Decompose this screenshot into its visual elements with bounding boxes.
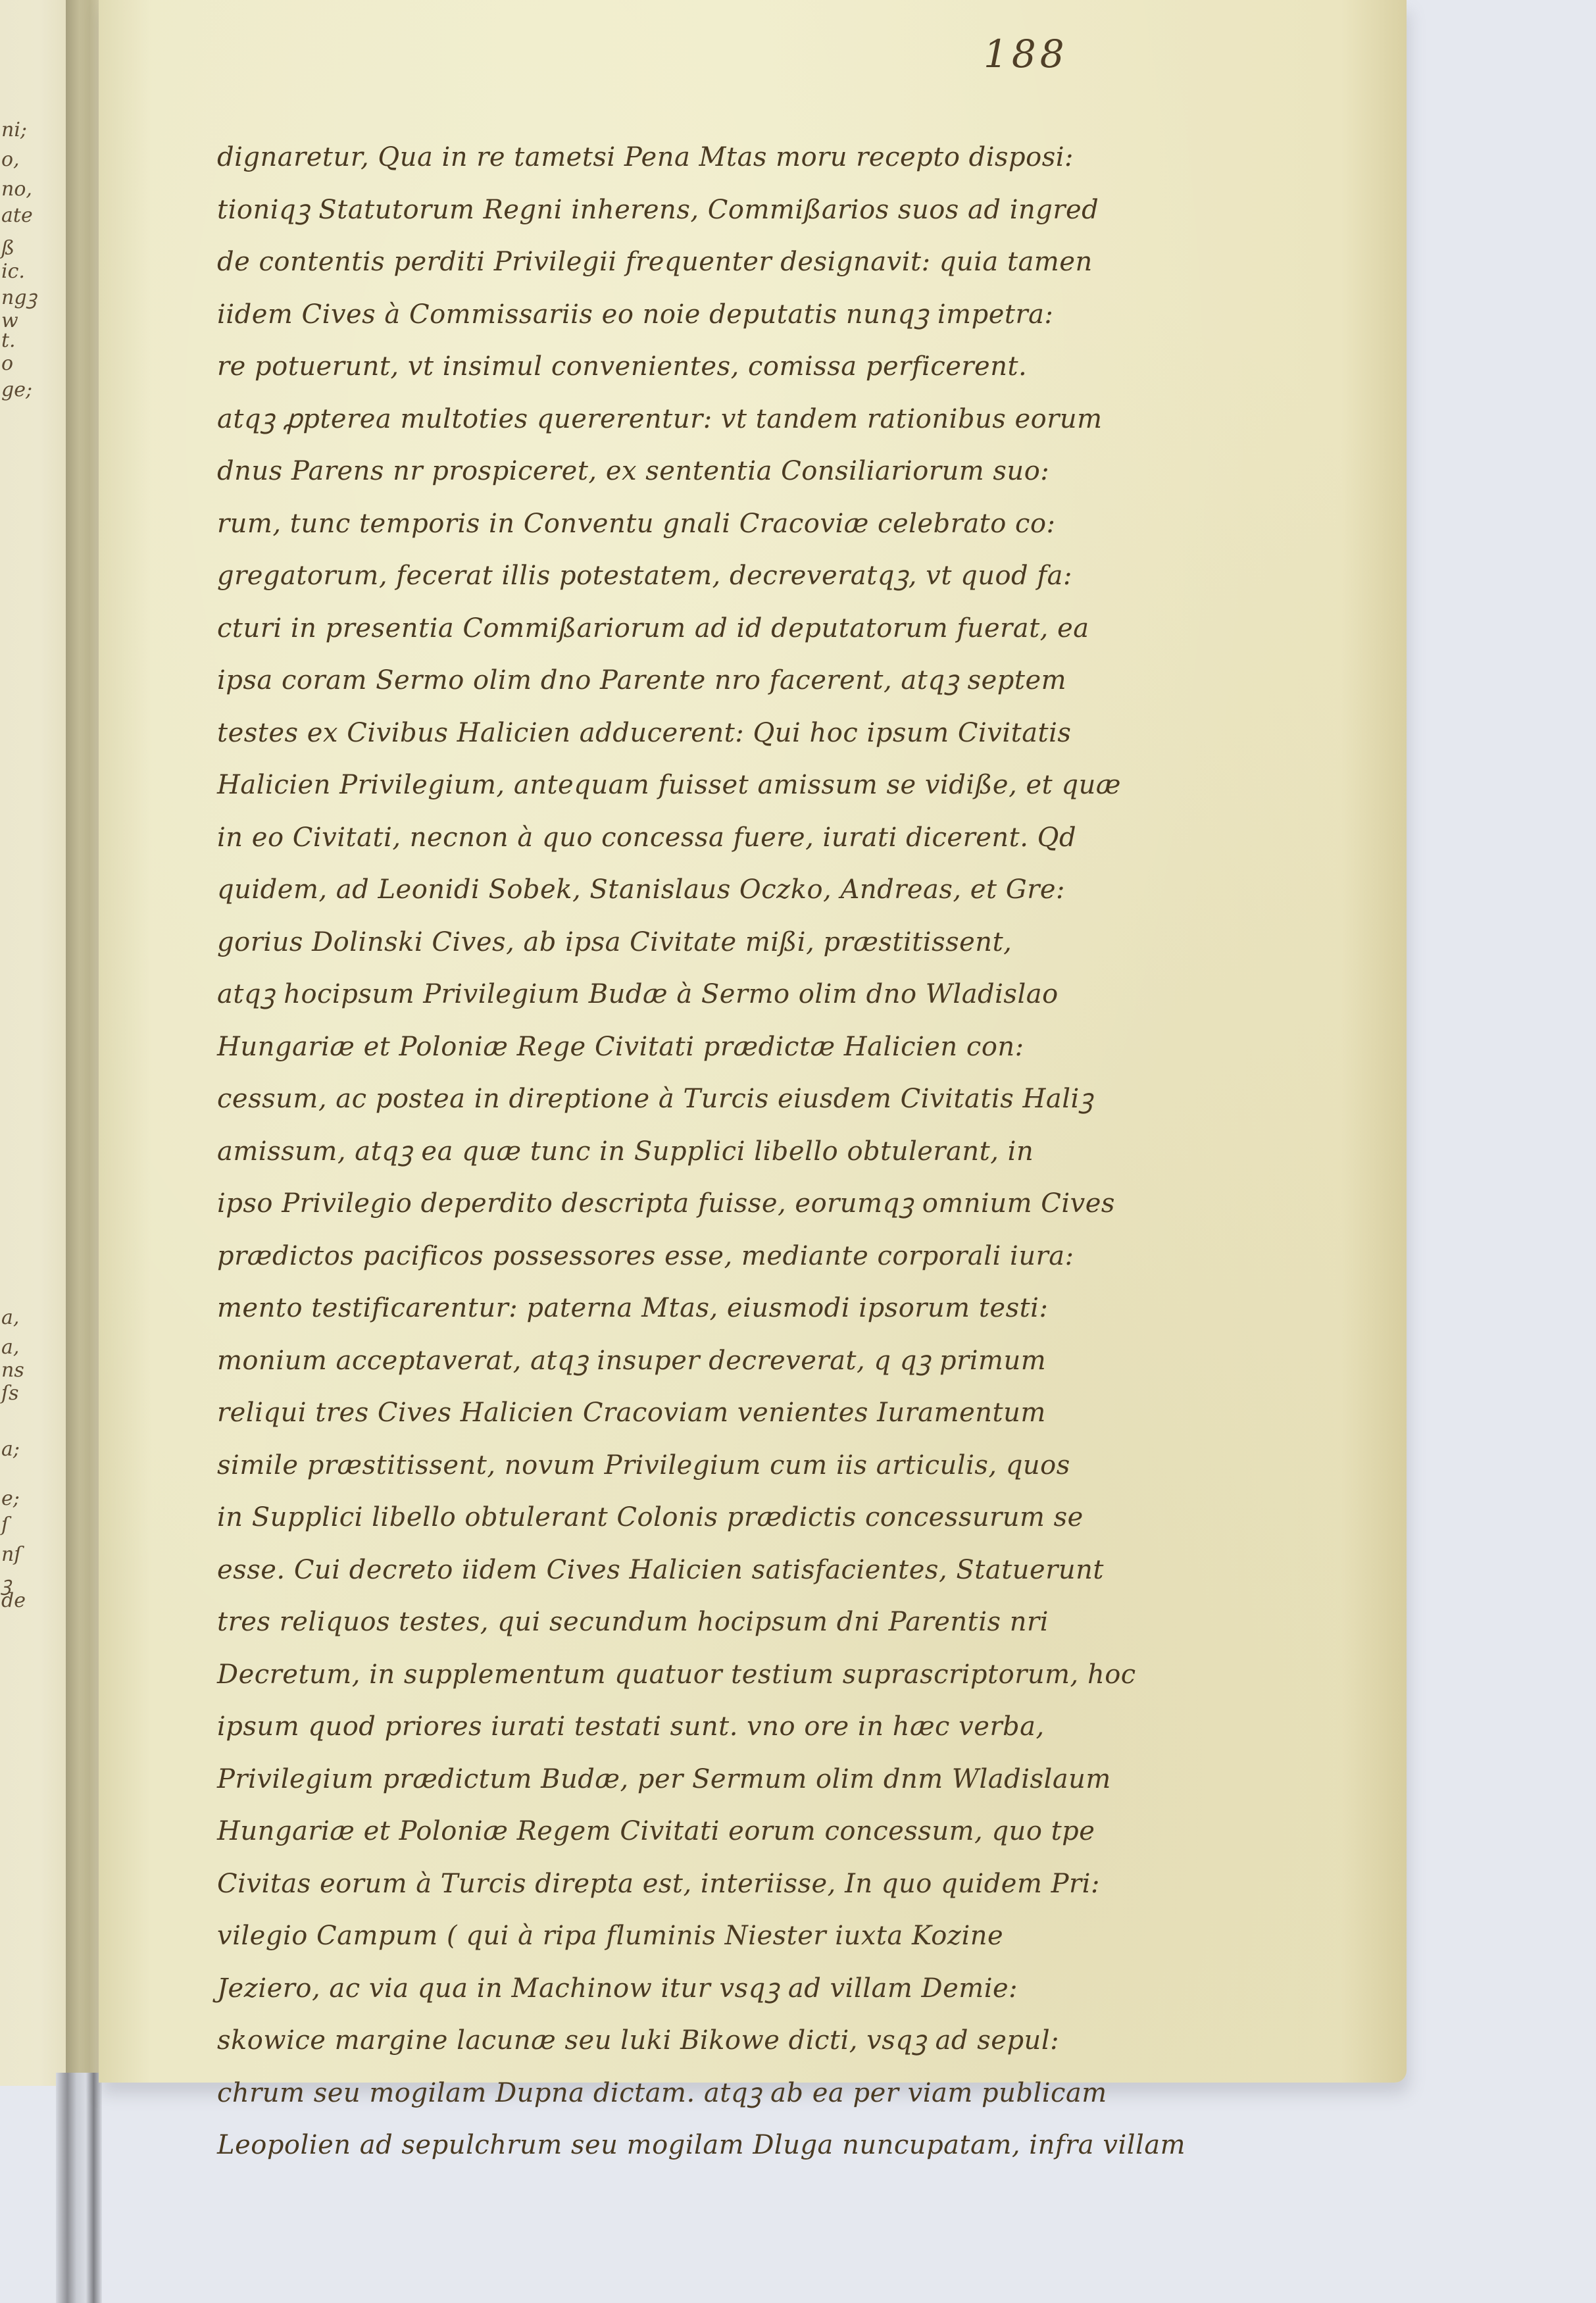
text-line: vilegio Campum ( qui à ripa fluminis Nie… xyxy=(217,1910,1210,1963)
text-line: de contentis perditi Privilegii frequent… xyxy=(217,236,1210,289)
text-line: rum, tunc temporis in Conventu gnali Cra… xyxy=(217,498,1210,551)
text-line: dnus Parens nr prospiceret, ex sententia… xyxy=(217,445,1210,498)
facing-page-fragment: ß xyxy=(1,237,14,260)
text-line: prædictos pacificos possessores esse, me… xyxy=(217,1230,1210,1283)
facing-page-fragment: o xyxy=(1,352,13,375)
text-line: in Supplici libello obtulerant Colonis p… xyxy=(217,1492,1210,1544)
facing-page-fragment: no, xyxy=(1,178,32,201)
text-line: Halicien Privilegium, antequam fuisset a… xyxy=(217,759,1210,812)
facing-page-fragment: ſ xyxy=(1,1513,9,1536)
text-line: tioniqꝫ Statutorum Regni inherens, Commi… xyxy=(217,184,1210,237)
text-line: dignaretur, Qua in re tametsi Pena Mtas … xyxy=(217,132,1210,184)
facing-page-fragment: ge; xyxy=(1,378,32,401)
text-line: mento testificarentur: paterna Mtas, eiu… xyxy=(217,1282,1210,1335)
facing-page-fragment: nſ xyxy=(1,1543,21,1566)
text-line: Jeziero, ac via qua in Machinow itur vsq… xyxy=(217,1963,1210,2015)
binding-spine-lower xyxy=(56,2073,102,2303)
text-line: cessum, ac postea in direptione à Turcis… xyxy=(217,1073,1210,1126)
text-line: esse. Cui decreto iidem Cives Halicien s… xyxy=(217,1544,1210,1597)
text-line: simile præstitissent, novum Privilegium … xyxy=(217,1440,1210,1492)
facing-page-fragment: ic. xyxy=(1,260,25,283)
text-line: monium acceptaverat, atqꝫ insuper decrev… xyxy=(217,1335,1210,1388)
facing-page-fragment: a, xyxy=(1,1306,19,1329)
text-line: re potuerunt, vt insimul convenientes, c… xyxy=(217,341,1210,393)
text-line: Leopolien ad sepulchrum seu mogilam Dlug… xyxy=(217,2119,1210,2172)
manuscript-page-recto: 188 dignaretur, Qua in re tametsi Pena M… xyxy=(99,0,1407,2083)
text-line: gorius Dolinski Cives, ab ipsa Civitate … xyxy=(217,917,1210,969)
text-line: ipsa coram Sermo olim dno Parente nro fa… xyxy=(217,655,1210,707)
facing-page-fragment: de xyxy=(1,1589,26,1612)
text-line: reliqui tres Cives Halicien Cracoviam ve… xyxy=(217,1387,1210,1440)
facing-page-fragment: ngꝫ xyxy=(1,283,37,310)
text-line: in eo Civitati, necnon à quo concessa fu… xyxy=(217,812,1210,865)
manuscript-text-block: dignaretur, Qua in re tametsi Pena Mtas … xyxy=(217,132,1210,2172)
facing-page-fragment: ſs xyxy=(1,1382,19,1405)
facing-page-verso: ni;o,no,ateßic.ngꝫwt.oge;a,a,nsſsa;e;ſnſ… xyxy=(0,0,66,2086)
text-line: ipsum quod priores iurati testati sunt. … xyxy=(217,1701,1210,1754)
facing-page-fragment: ni; xyxy=(1,118,27,141)
text-line: tres reliquos testes, qui secundum hocip… xyxy=(217,1596,1210,1649)
facing-page-fragment: ate xyxy=(1,204,33,227)
manuscript-scan: ni;o,no,ateßic.ngꝫwt.oge;a,a,nsſsa;e;ſnſ… xyxy=(0,0,1596,2303)
text-line: Hungariæ et Poloniæ Rege Civitati prædic… xyxy=(217,1021,1210,1074)
facing-page-text-fragments: ni;o,no,ateßic.ngꝫwt.oge;a,a,nsſsa;e;ſnſ… xyxy=(0,0,66,2086)
text-line: atqꝫ ꝓpterea multoties quererentur: vt t… xyxy=(217,393,1210,446)
text-line: Civitas eorum à Turcis direpta est, inte… xyxy=(217,1858,1210,1911)
text-line: Privilegium prædictum Budæ, per Sermum o… xyxy=(217,1754,1210,1806)
text-line: iidem Cives à Commissariis eo noie deput… xyxy=(217,289,1210,342)
text-line: chrum seu mogilam Dupna dictam. atqꝫ ab … xyxy=(217,2067,1210,2120)
text-line: skowice margine lacunæ seu luki Bikowe d… xyxy=(217,2015,1210,2067)
text-line: gregatorum, fecerat illis potestatem, de… xyxy=(217,550,1210,603)
text-line: quidem, ad Leonidi Sobek, Stanislaus Ocz… xyxy=(217,864,1210,917)
binding-gutter xyxy=(66,0,100,2079)
text-line: testes ex Civibus Halicien adducerent: Q… xyxy=(217,707,1210,760)
text-line: amissum, atqꝫ ea quæ tunc in Supplici li… xyxy=(217,1126,1210,1178)
text-line: atqꝫ hocipsum Privilegium Budæ à Sermo o… xyxy=(217,969,1210,1021)
facing-page-fragment: a; xyxy=(1,1438,20,1461)
folio-number: 188 xyxy=(984,32,1068,76)
text-line: Decretum, in supplementum quatuor testiu… xyxy=(217,1649,1210,1702)
facing-page-fragment: t. xyxy=(1,329,16,352)
facing-page-fragment: ns xyxy=(1,1359,24,1382)
text-line: cturi in presentia Commißariorum ad id d… xyxy=(217,603,1210,655)
text-line: Hungariæ et Poloniæ Regem Civitati eorum… xyxy=(217,1806,1210,1858)
facing-page-fragment: e; xyxy=(1,1487,20,1510)
facing-page-fragment: o, xyxy=(1,148,20,171)
text-line: ipso Privilegio deperdito descripta fuis… xyxy=(217,1178,1210,1230)
facing-page-fragment: a, xyxy=(1,1336,19,1359)
